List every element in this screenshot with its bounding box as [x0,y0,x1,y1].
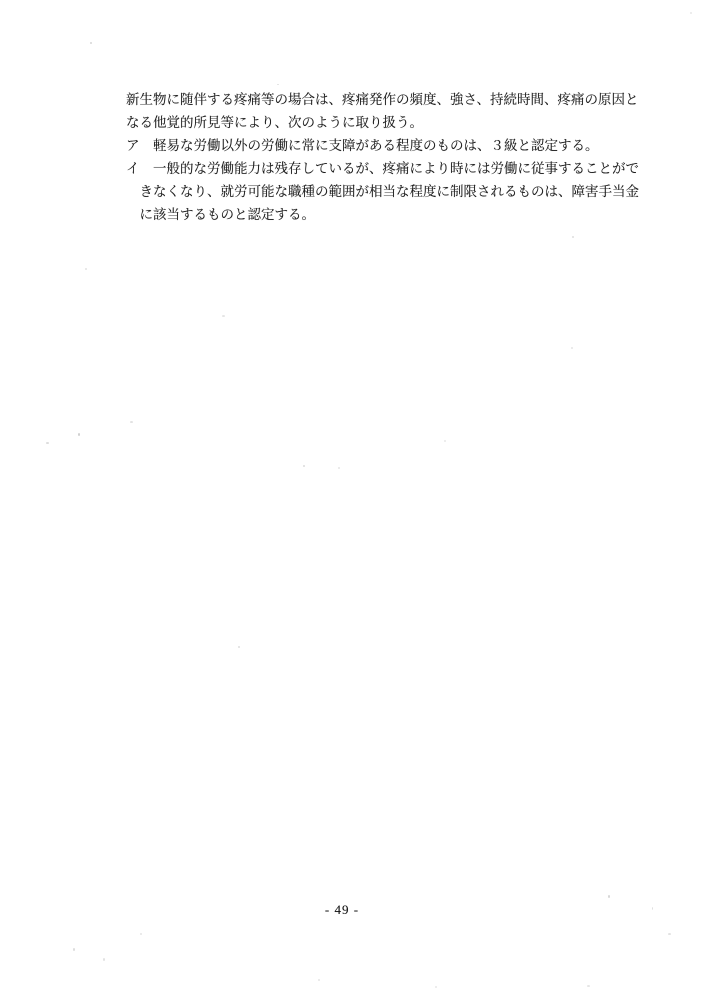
body-text-paragraph: 新生物に随伴する疼痛等の場合は、疼痛発作の頻度、強さ、持続時間、疼痛の原因と な… [126,88,646,226]
scan-speck [587,985,590,987]
text-line: きなくなり、就労可能な職種の範囲が相当な程度に制限されるものは、障害手当金 [126,180,646,203]
scan-speck [85,268,87,270]
text-line: 新生物に随伴する疼痛等の場合は、疼痛発作の頻度、強さ、持続時間、疼痛の原因と [126,88,646,111]
scan-speck [668,933,671,935]
scan-speck [608,895,610,898]
page-number: - 49 - [0,902,684,918]
text-line: なる他覚的所見等により、次のように取り扱う。 [126,111,646,134]
text-line: に該当するものと認定する。 [126,203,646,226]
scan-speck [103,958,105,961]
scan-speck [78,433,80,436]
scan-speck [338,467,340,469]
scan-speck [303,465,305,467]
scan-speck [435,986,437,988]
scan-speck [46,442,49,444]
text-line-item-i: イ 一般的な労働能力は残存しているが、疼痛により時には労働に従事することがで [126,157,646,180]
scan-speck [222,315,225,317]
scan-speck [238,646,240,648]
text-line-item-a: ア 軽易な労働以外の労働に常に支障がある程度のものは、３級と認定する。 [126,134,646,157]
scan-speck [130,421,133,423]
scan-speck [73,948,75,951]
scan-speck [572,236,574,238]
scanned-document-page: 新生物に随伴する疼痛等の場合は、疼痛発作の頻度、強さ、持続時間、疼痛の原因と な… [0,0,702,993]
scan-speck [318,979,320,981]
scan-speck [571,347,573,349]
scan-speck [90,42,92,44]
scan-speck [444,440,446,442]
scan-speck [277,84,279,85]
scan-speck [690,12,692,14]
scan-speck [140,933,142,935]
